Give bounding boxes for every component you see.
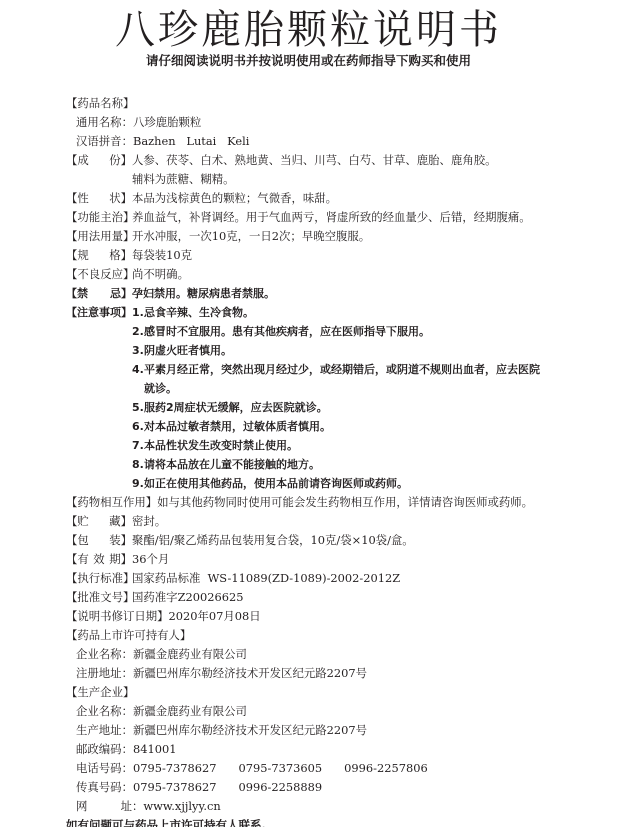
generic-name-value: 八珍鹿胎颗粒 [133, 113, 201, 132]
dosage-row: 【用法用量】 开水冲服，一次10克，一日2次；早晚空腹服。 [66, 227, 611, 246]
generic-name-row: 通用名称： 八珍鹿胎颗粒 [66, 113, 611, 132]
precautions-section: 【注意事项】 1.忌食辛辣、生冷食物。 2.感冒时不宜服用。患有其他疾病者，应在… [66, 303, 611, 493]
indications-value: 养血益气，补肾调经。用于气血两亏，肾虚所致的经血量少、后错，经期腹痛。 [132, 208, 611, 227]
pinyin-row: 汉语拼音： Bazhen Lutai Keli [66, 132, 611, 151]
manufacturer-address-row: 生产地址： 新疆巴州库尔勒经济技术开发区纪元路2207号 [66, 721, 611, 740]
phone-label: 电话号码： [76, 759, 133, 778]
contraindications-value: 孕妇禁用。糖尿病患者禁服。 [132, 284, 611, 303]
fax-number: 0795-7378627 [133, 778, 217, 797]
website-link[interactable]: www.xjjlyy.cn [143, 797, 220, 816]
approval-value: 国药准字Z20026625 [132, 588, 611, 607]
precaution-item: 9.如正在使用其他药品，使用本品前请咨询医师或药师。 [132, 474, 611, 493]
precautions-label: 【注意事项】 [66, 303, 132, 322]
precautions-list: 1.忌食辛辣、生冷食物。 2.感冒时不宜服用。患有其他疾病者，应在医师指导下服用… [132, 303, 611, 493]
mah-address-value: 新疆巴州库尔勒经济技术开发区纪元路2207号 [133, 664, 367, 683]
specification-label: 【 规格 】 [66, 246, 132, 265]
pinyin-value: Bazhen Lutai Keli [133, 132, 249, 151]
storage-value: 密封。 [132, 512, 611, 531]
indications-label: 【功能主治】 [66, 208, 132, 227]
precaution-item: 7.本品性状发生改变时禁止使用。 [132, 436, 611, 455]
precaution-item: 3.阴虚火旺者慎用。 [132, 341, 611, 360]
website-row: 网址 ： www.xjjlyy.cn [66, 797, 611, 816]
standard-row: 【执行标准】 国家药品标准 WS-11089(ZD-1089)-2002-201… [66, 569, 611, 588]
drug-name-heading: 【药品名称】 [66, 94, 611, 113]
precaution-item: 5.服药2周症状无缓解，应去医院就诊。 [132, 398, 611, 417]
specification-value: 每袋装10克 [132, 246, 611, 265]
fax-number: 0996-2258889 [239, 778, 323, 797]
mah-company-value: 新疆金鹿药业有限公司 [133, 645, 247, 664]
revision-date-value: 2020年07月08日 [169, 607, 261, 626]
manufacturer-address-value: 新疆巴州库尔勒经济技术开发区纪元路2207号 [133, 721, 367, 740]
interactions-value: 如与其他药物同时使用可能会发生药物相互作用，详情请咨询医师或药师。 [157, 493, 533, 512]
storage-row: 【 贮藏 】 密封。 [66, 512, 611, 531]
manufacturer-company-value: 新疆金鹿药业有限公司 [133, 702, 247, 721]
precaution-item: 2.感冒时不宜服用。患有其他疾病者，应在医师指导下服用。 [132, 322, 611, 341]
contraindications-row: 【 禁忌 】 孕妇禁用。糖尿病患者禁服。 [66, 284, 611, 303]
mah-address-row: 注册地址： 新疆巴州库尔勒经济技术开发区纪元路2207号 [66, 664, 611, 683]
properties-value: 本品为浅棕黄色的颗粒；气微香，味甜。 [132, 189, 611, 208]
contact-note: 如有问题可与药品上市许可持有人联系。 [66, 816, 611, 827]
phone-row: 电话号码： 0795-7378627 0795-7373605 0996-225… [66, 759, 611, 778]
indications-row: 【功能主治】 养血益气，补肾调经。用于气血两亏，肾虚所致的经血量少、后错，经期腹… [66, 208, 611, 227]
shelf-life-label: 【 有效期 】 [66, 550, 132, 569]
specification-row: 【 规格 】 每袋装10克 [66, 246, 611, 265]
excipients-value: 辅料为蔗糖、糊精。 [132, 170, 611, 189]
dosage-value: 开水冲服，一次10克，一日2次；早晚空腹服。 [132, 227, 611, 246]
precaution-item: 8.请将本品放在儿童不能接触的地方。 [132, 455, 611, 474]
revision-date-row: 【说明书修订日期】 2020年07月08日 [66, 607, 611, 626]
packaging-label: 【 包装 】 [66, 531, 132, 550]
approval-row: 【批准文号】 国药准字Z20026625 [66, 588, 611, 607]
packaging-value: 聚酯/铝/聚乙烯药品包装用复合袋，10克/袋×10袋/盒。 [132, 531, 611, 550]
ingredients-row: 【 成份 】 人参、茯苓、白术、熟地黄、当归、川芎、白芍、甘草、鹿胎、鹿角胶。 … [66, 151, 611, 189]
generic-name-label: 通用名称： [76, 113, 133, 132]
storage-label: 【 贮藏 】 [66, 512, 132, 531]
dosage-label: 【用法用量】 [66, 227, 132, 246]
document-title: 八珍鹿胎颗粒说明书 [0, 6, 617, 54]
phone-number: 0795-7373605 [239, 759, 323, 778]
document-subtitle: 请仔细阅读说明书并按说明使用或在药师指导下购买和使用 [0, 52, 617, 70]
manufacturer-heading: 【生产企业】 [66, 683, 611, 702]
manufacturer-company-label: 企业名称： [76, 702, 133, 721]
fax-row: 传真号码： 0795-7378627 0996-2258889 [66, 778, 611, 797]
mah-company-label: 企业名称： [76, 645, 133, 664]
revision-date-label: 【说明书修订日期】 [66, 607, 169, 626]
adverse-reactions-row: 【不良反应】 尚不明确。 [66, 265, 611, 284]
manufacturer-company-row: 企业名称： 新疆金鹿药业有限公司 [66, 702, 611, 721]
mah-address-label: 注册地址： [76, 664, 133, 683]
website-label: 网址 [76, 797, 132, 816]
approval-label: 【批准文号】 [66, 588, 132, 607]
interactions-label: 【药物相互作用】 [66, 493, 157, 512]
leaflet-body: 【药品名称】 通用名称： 八珍鹿胎颗粒 汉语拼音： Bazhen Lutai K… [66, 94, 611, 827]
ingredients-value: 人参、茯苓、白术、熟地黄、当归、川芎、白芍、甘草、鹿胎、鹿角胶。 [132, 151, 611, 170]
ingredients-label: 【 成份 】 [66, 151, 132, 189]
mah-company-row: 企业名称： 新疆金鹿药业有限公司 [66, 645, 611, 664]
postcode-label: 邮政编码： [76, 740, 133, 759]
shelf-life-value: 36个月 [132, 550, 611, 569]
adverse-reactions-label: 【不良反应】 [66, 265, 132, 284]
precaution-item: 4.平素月经正常，突然出现月经过少，或经期错后，或阴道不规则出血者，应去医院就诊… [132, 360, 611, 398]
phone-number: 0996-2257806 [344, 759, 428, 778]
adverse-reactions-value: 尚不明确。 [132, 265, 611, 284]
precaution-item: 6.对本品过敏者禁用，过敏体质者慎用。 [132, 417, 611, 436]
phone-number: 0795-7378627 [133, 759, 217, 778]
standard-value: 国家药品标准 WS-11089(ZD-1089)-2002-2012Z [132, 569, 611, 588]
mah-heading: 【药品上市许可持有人】 [66, 626, 611, 645]
standard-label: 【执行标准】 [66, 569, 132, 588]
properties-label: 【 性状 】 [66, 189, 132, 208]
postcode-value: 841001 [133, 740, 176, 759]
properties-row: 【 性状 】 本品为浅棕黄色的颗粒；气微香，味甜。 [66, 189, 611, 208]
interactions-row: 【药物相互作用】 如与其他药物同时使用可能会发生药物相互作用，详情请咨询医师或药… [66, 493, 611, 512]
contraindications-label: 【 禁忌 】 [66, 284, 132, 303]
postcode-row: 邮政编码： 841001 [66, 740, 611, 759]
manufacturer-address-label: 生产地址： [76, 721, 133, 740]
packaging-row: 【 包装 】 聚酯/铝/聚乙烯药品包装用复合袋，10克/袋×10袋/盒。 [66, 531, 611, 550]
pinyin-label: 汉语拼音： [76, 132, 133, 151]
fax-label: 传真号码： [76, 778, 133, 797]
precaution-item: 1.忌食辛辣、生冷食物。 [132, 303, 611, 322]
shelf-life-row: 【 有效期 】 36个月 [66, 550, 611, 569]
